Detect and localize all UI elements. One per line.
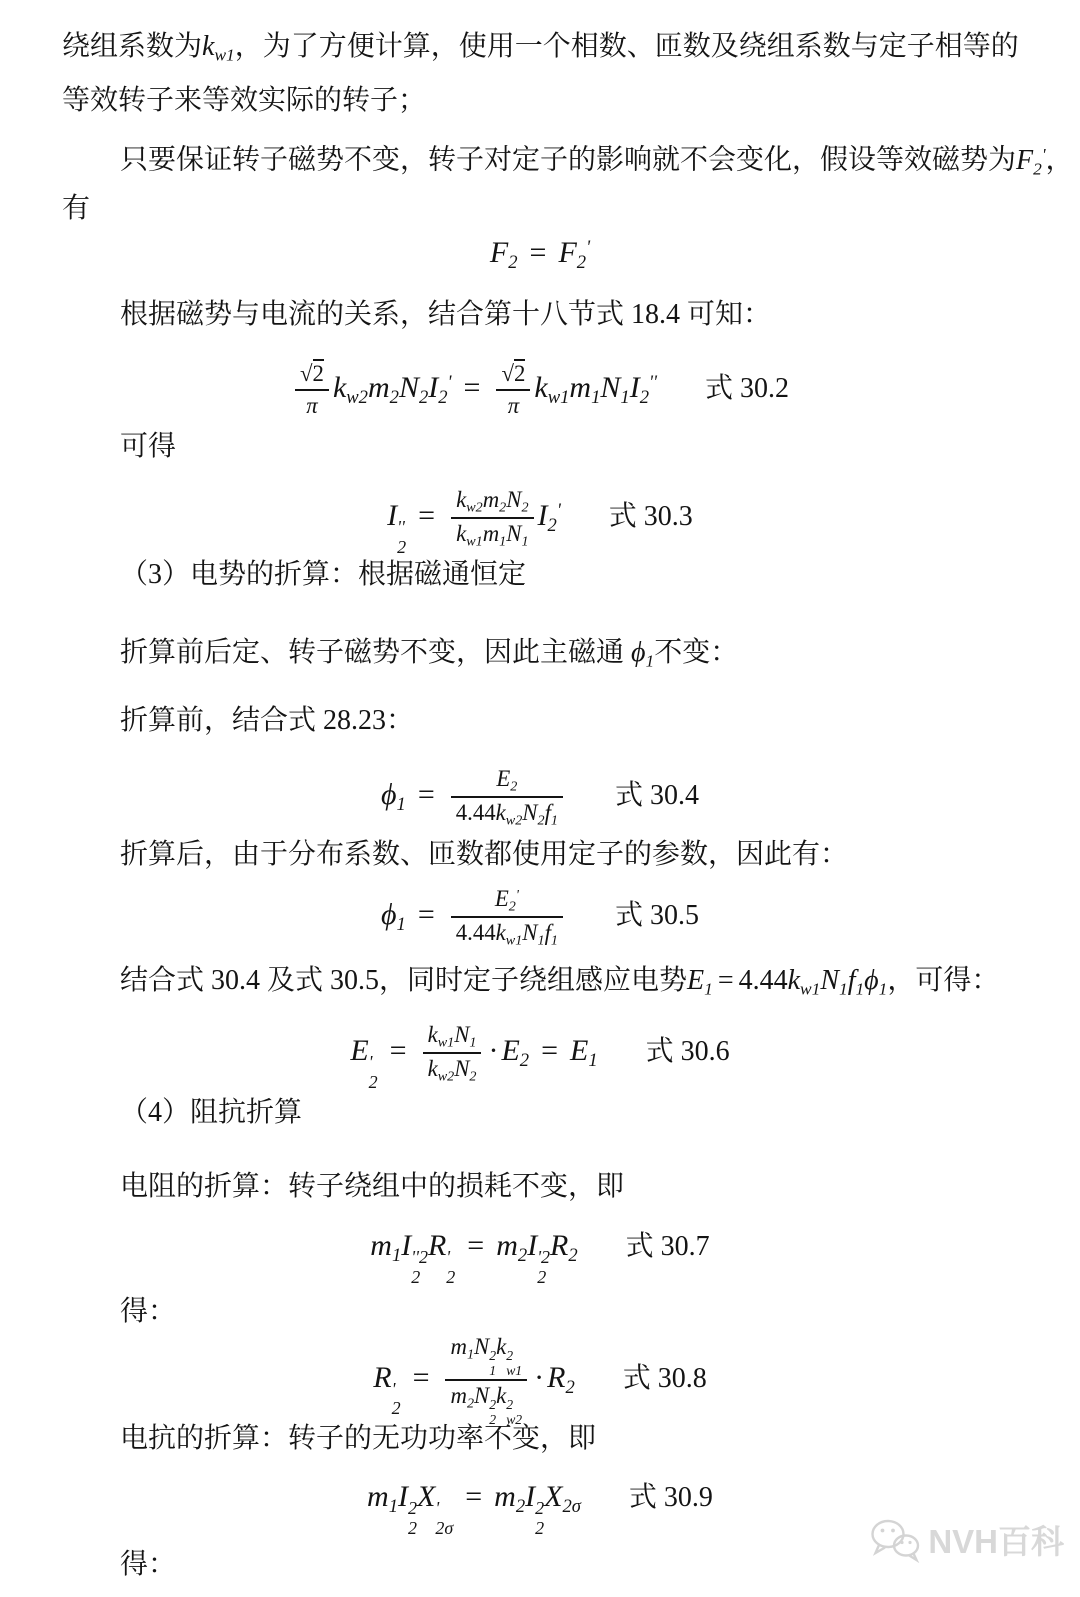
math-subscript: 1 xyxy=(591,387,600,408)
math-subsup: 2w1 xyxy=(506,1349,522,1379)
math-variable: F2 xyxy=(1016,145,1042,176)
math-operator: · xyxy=(534,1361,544,1394)
math-variable: m1 xyxy=(450,1334,474,1359)
math-subscript: 2 xyxy=(537,1268,546,1287)
math-variable: E2 xyxy=(501,1034,529,1067)
math-superscript: '' xyxy=(649,372,657,393)
math-operator: = xyxy=(418,898,435,931)
math-superscript: ' xyxy=(435,1499,439,1518)
math-denominator: 4.44kw2N2f1 xyxy=(451,798,563,831)
equation-30-6: E'2=kw1N1kw2N2·E2=E1式 30.6 xyxy=(0,1008,1080,1093)
math-superscript: ' xyxy=(446,1248,450,1267)
math-variable: m2 xyxy=(450,1383,474,1408)
math-symbol: R xyxy=(373,1361,391,1394)
math-number: 4.44 xyxy=(456,800,496,825)
equation-tag: 式 30.4 xyxy=(615,780,699,811)
paragraph-de-1: 得： xyxy=(120,1293,176,1331)
math-subscript: w1 xyxy=(214,46,234,65)
math-symbol: k xyxy=(788,965,800,996)
math-fraction: kw1N1kw2N2 xyxy=(423,1020,482,1087)
math-variable: m1 xyxy=(367,1480,398,1513)
math-superscript: ''2 xyxy=(411,1248,428,1267)
math-number: 4.44 xyxy=(739,965,788,996)
math-variable: I''2 xyxy=(387,499,406,532)
paragraph-resistance: 电阻的折算：转子绕组中的损耗不变，即 xyxy=(120,1168,624,1206)
equation-30-4: ϕ1=E24.44kw2N2f1式 30.4 xyxy=(0,752,1080,837)
equation-tag: 式 30.8 xyxy=(623,1363,707,1394)
math-operator: = xyxy=(418,499,435,532)
math-subscript: 1 xyxy=(551,813,558,829)
math-variable: N1 xyxy=(522,920,544,945)
math-subscript: 2 xyxy=(520,1050,529,1071)
math-variable: E1 xyxy=(687,965,713,996)
math-variable: f1 xyxy=(545,920,558,945)
paragraph-kede: 可得 xyxy=(120,428,176,466)
math-symbol: N xyxy=(522,800,537,825)
equation-tag: 式 30.9 xyxy=(629,1482,713,1513)
math-superscript: 2 xyxy=(535,1499,544,1518)
math-subscript: 1 xyxy=(588,1050,597,1071)
math-subsup: '2 xyxy=(369,1053,378,1092)
math-variable: m1 xyxy=(370,1229,401,1262)
math-subscript: 2 xyxy=(446,1268,455,1287)
math-subscript: 2 xyxy=(518,1245,527,1266)
math-superscript: 2 xyxy=(408,1499,417,1518)
math-symbol: X xyxy=(544,1480,562,1513)
math-variable: F2 xyxy=(558,236,586,269)
math-subscript: w1 xyxy=(466,534,482,550)
math-variable: ϕ1 xyxy=(864,965,887,996)
equation-f2: F2=F2' xyxy=(0,205,1080,290)
paragraph-flux-unchanged: 折算前后定、转子磁势不变，因此主磁通 ϕ1不变： xyxy=(120,634,738,681)
math-number: 4.44 xyxy=(456,920,496,945)
text-run: 绕组系数为 xyxy=(62,31,202,62)
math-symbol: N xyxy=(474,1383,489,1408)
math-symbol: F xyxy=(490,236,508,269)
math-variable: kw1 xyxy=(788,965,821,996)
math-variable: kw1 xyxy=(534,371,569,404)
math-subscript: 1 xyxy=(521,534,528,550)
text-run: 得： xyxy=(120,1549,176,1580)
text-run: 折算前后定、转子磁势不变，因此主磁通 xyxy=(120,637,631,668)
math-fraction: m1N21k2w1m2N22k2w2 xyxy=(445,1332,527,1427)
math-variable: m2 xyxy=(483,487,507,512)
math-symbol: k xyxy=(428,1022,438,1047)
document-page: 绕组系数为kw1，为了方便计算，使用一个相数、匝数及绕组系数与定子相等的 等效转… xyxy=(0,0,1080,1597)
text-run: （3）电势的折算：根据磁通恒定 xyxy=(120,559,526,590)
math-variable: N2 xyxy=(506,487,528,512)
math-fraction: √2π xyxy=(295,359,329,423)
math-symbol: I xyxy=(538,499,548,532)
math-variable: kw1 xyxy=(428,1022,455,1047)
math-variable: kw2 xyxy=(496,800,523,825)
math-variable: m2 xyxy=(368,371,399,404)
math-symbol: k xyxy=(428,1056,438,1081)
math-denominator: kw1m1N1 xyxy=(451,519,533,552)
paragraph-reactance: 电抗的折算：转子的无功功率不变，即 xyxy=(120,1420,596,1458)
math-subscript: 1 xyxy=(855,980,864,999)
math-symbol: R xyxy=(550,1229,568,1262)
math-subscript: 1 xyxy=(704,980,713,999)
text-run: 得： xyxy=(120,1296,176,1327)
math-variable: kw2 xyxy=(333,371,368,404)
math-variable: F2 xyxy=(490,236,518,269)
math-subscript: 1 xyxy=(489,1364,496,1379)
math-subscript: w1 xyxy=(506,933,522,949)
math-radical: √ xyxy=(501,361,514,386)
math-variable: I2 xyxy=(630,371,649,404)
math-numerator: kw1N1 xyxy=(423,1020,482,1055)
math-symbol: k xyxy=(456,487,466,512)
math-superscript: ' xyxy=(586,237,590,258)
math-symbol: k xyxy=(456,521,466,546)
math-operator: = xyxy=(541,1034,558,1067)
text-run: 不变： xyxy=(654,637,738,668)
math-variable: k2w1 xyxy=(496,1334,522,1359)
math-operator: · xyxy=(488,1034,498,1067)
wechat-icon xyxy=(868,1517,922,1563)
math-subscript: 2 xyxy=(565,1377,574,1398)
math-variable: kw2 xyxy=(456,487,483,512)
text-run: 根据磁势与电流的关系，结合第十八节式 18.4 可知： xyxy=(120,299,771,330)
math-subsup: '2 xyxy=(446,1248,455,1287)
math-symbol: k xyxy=(534,371,547,404)
math-subscript: w2 xyxy=(466,499,482,515)
math-symbol: I xyxy=(387,499,397,532)
math-symbol: π xyxy=(508,393,519,418)
math-variable: N2 xyxy=(454,1056,476,1081)
math-subscript: 2 xyxy=(535,1519,544,1538)
math-denominator: 4.44kw1N1f1 xyxy=(451,918,563,951)
math-symbol: I xyxy=(527,1229,537,1262)
math-variable: R2 xyxy=(547,1361,575,1394)
equation-30-2: √2πkw2m2N2I2'=√2πkw1m1N1I2''式 30.2 xyxy=(0,340,1080,425)
math-symbol: E xyxy=(350,1034,368,1067)
math-subscript: 2 xyxy=(392,1399,401,1418)
math-symbol: N xyxy=(399,371,419,404)
math-subscript: 2σ xyxy=(562,1496,580,1517)
math-variable: I22 xyxy=(525,1480,544,1513)
math-symbol: π xyxy=(306,393,317,418)
math-operator: = xyxy=(464,371,481,404)
math-variable: m1 xyxy=(483,521,507,546)
equation-30-8: R'2=m1N21k2w1m2N22k2w2·R2式 30.8 xyxy=(0,1332,1080,1417)
math-fraction: E2'4.44kw1N1f1 xyxy=(451,884,563,951)
math-subscript: w1 xyxy=(548,387,570,408)
math-subscript: w2 xyxy=(506,813,522,829)
math-symbol: N xyxy=(820,965,839,996)
math-operator: = xyxy=(467,1229,484,1262)
math-symbol: E xyxy=(687,965,704,996)
math-superscript: ' xyxy=(392,1380,396,1399)
math-subscript: 2 xyxy=(419,387,428,408)
math-symbol: E xyxy=(495,886,509,911)
math-subscript: 2 xyxy=(469,1069,476,1085)
math-symbol: ϕ xyxy=(631,637,646,668)
math-variable: R'2 xyxy=(373,1361,400,1394)
equation-tag: 式 30.2 xyxy=(705,373,789,404)
math-denominator: kw2N2 xyxy=(423,1054,482,1087)
math-symbol: E xyxy=(570,1034,588,1067)
math-sqrt: √2 xyxy=(300,359,324,390)
math-variable: π xyxy=(508,393,519,418)
math-symbol: N xyxy=(506,487,521,512)
math-subscript: 2 xyxy=(369,1073,378,1092)
math-symbol: I xyxy=(428,371,438,404)
math-symbol: m xyxy=(367,1480,389,1513)
math-radical: √ xyxy=(300,361,313,386)
math-subscript: w1 xyxy=(800,980,820,999)
math-symbol: k xyxy=(496,1334,506,1359)
math-subscript: 2σ xyxy=(435,1519,453,1538)
paragraph-mmf-current: 根据磁势与电流的关系，结合第十八节式 18.4 可知： xyxy=(120,296,771,334)
math-subscript: 1 xyxy=(646,652,655,671)
math-variable: N22 xyxy=(474,1383,496,1408)
math-symbol: R xyxy=(547,1361,565,1394)
math-symbol: N xyxy=(454,1056,469,1081)
text-run: ， xyxy=(1046,145,1074,176)
text-run: 结合式 30.4 及式 30.5，同时定子绕组感应电势 xyxy=(120,965,687,996)
paragraph-before-conversion: 折算前，结合式 28.23： xyxy=(120,702,414,740)
math-sqrt: √2 xyxy=(501,359,525,390)
math-variable: I2 xyxy=(538,499,557,532)
math-variable: m2 xyxy=(496,1229,527,1262)
math-variable: E'2 xyxy=(350,1034,377,1067)
text-run: 只要保证转子磁势不变，转子对定子的影响就不会变化，假设等效磁势为 xyxy=(120,145,1016,176)
math-fraction: kw2m2N2kw1m1N1 xyxy=(451,485,533,552)
math-variable: kw1 xyxy=(456,521,483,546)
math-operator: = xyxy=(390,1034,407,1067)
math-subscript: 2 xyxy=(548,515,557,536)
math-variable: π xyxy=(306,393,317,418)
math-operator: = xyxy=(418,778,435,811)
math-variable: f1 xyxy=(545,800,558,825)
paragraph-equivalent-rotor: 等效转子来等效实际的转子； xyxy=(62,82,426,120)
math-variable: k2w2 xyxy=(496,1383,522,1408)
math-subsup: '22 xyxy=(537,1248,550,1287)
math-variable: I22 xyxy=(398,1480,417,1513)
math-symbol: m xyxy=(496,1229,518,1262)
math-subsup: ''22 xyxy=(411,1248,428,1287)
math-denominator: π xyxy=(295,391,329,422)
math-subscript: w2 xyxy=(346,387,368,408)
math-numerator: E2' xyxy=(451,884,563,919)
math-variable: I''22 xyxy=(401,1229,428,1262)
paragraph-combine-304-305: 结合式 30.4 及式 30.5，同时定子绕组感应电势E1=4.44kw1N1f… xyxy=(120,962,999,1009)
math-variable: N1 xyxy=(506,521,528,546)
math-symbol: m xyxy=(368,371,390,404)
math-operator: = xyxy=(465,1480,482,1513)
math-symbol: k xyxy=(202,31,214,62)
equation-30-3: I''2=kw2m2N2kw1m1N1I2'式 30.3 xyxy=(0,468,1080,553)
equation-30-7: m1I''22R'2=m2I'22R2式 30.7 xyxy=(0,1203,1080,1288)
math-numerator: √2 xyxy=(295,359,329,392)
math-variable: I2 xyxy=(428,371,447,404)
math-superscript: ' xyxy=(448,372,452,393)
math-symbol: ϕ xyxy=(381,898,397,931)
text-run: 电抗的折算：转子的无功功率不变，即 xyxy=(120,1423,596,1454)
math-subscript: 1 xyxy=(469,1034,476,1050)
math-symbol: m xyxy=(450,1334,466,1359)
math-symbol: R xyxy=(428,1229,446,1262)
math-variable: ϕ1 xyxy=(381,778,406,811)
math-variable: m2 xyxy=(494,1480,525,1513)
math-fraction: E24.44kw2N2f1 xyxy=(451,764,563,831)
math-symbol: E xyxy=(496,766,510,791)
math-symbol: m xyxy=(569,371,591,404)
watermark-label: NVH百科 xyxy=(928,1516,1064,1563)
math-subscript: 1 xyxy=(467,1347,474,1363)
math-variable: N1 xyxy=(820,965,847,996)
math-symbol: k xyxy=(496,920,506,945)
math-symbol: X xyxy=(417,1480,435,1513)
math-subscript: 1 xyxy=(551,933,558,949)
math-variable: E2 xyxy=(496,766,517,791)
math-fraction: √2π xyxy=(496,359,530,423)
paragraph-after-conversion: 折算后，由于分布系数、匝数都使用定子的参数，因此有： xyxy=(120,836,848,874)
text-run: 折算前，结合式 28.23： xyxy=(120,705,414,736)
math-denominator: π xyxy=(496,391,530,422)
math-symbol: I xyxy=(630,371,640,404)
math-symbol: I xyxy=(525,1480,535,1513)
math-subscript: 1 xyxy=(389,1496,398,1517)
math-symbol: N xyxy=(600,371,620,404)
math-variable: kw1 xyxy=(496,920,523,945)
math-symbol: F xyxy=(558,236,576,269)
math-variable: R2 xyxy=(550,1229,578,1262)
math-subscript: 2 xyxy=(509,898,516,914)
math-symbol: ϕ xyxy=(864,965,879,996)
math-subscript: 1 xyxy=(839,980,848,999)
equation-tag: 式 30.7 xyxy=(626,1231,710,1262)
equation-tag: 式 30.6 xyxy=(646,1036,730,1067)
math-subscript: 2 xyxy=(1033,159,1042,178)
math-subsup: '2σ xyxy=(435,1499,453,1538)
math-symbol: ϕ xyxy=(381,778,397,811)
math-subscript: 2 xyxy=(438,387,447,408)
math-subscript: 2 xyxy=(408,1519,417,1538)
heading-section-4: （4）阻抗折算 xyxy=(120,1094,302,1132)
heading-section-3: （3）电势的折算：根据磁通恒定 xyxy=(120,556,526,594)
math-variable: N1 xyxy=(454,1022,476,1047)
math-variable: R'2 xyxy=(428,1229,455,1262)
text-run: （4）阻抗折算 xyxy=(120,1097,302,1128)
math-superscript: '' xyxy=(397,518,405,537)
paragraph-de-2: 得： xyxy=(120,1546,176,1584)
equation-30-5: ϕ1=E2'4.44kw1N1f1式 30.5 xyxy=(0,872,1080,957)
text-run: 电阻的折算：转子绕组中的损耗不变，即 xyxy=(120,1171,624,1202)
math-symbol: m xyxy=(483,521,499,546)
math-subscript: 2 xyxy=(397,538,406,557)
math-subscript: 1 xyxy=(397,794,406,815)
math-subscript: 2 xyxy=(640,387,649,408)
math-symbol: m xyxy=(450,1383,466,1408)
math-subscript: w1 xyxy=(506,1364,522,1379)
math-radicand: 2 xyxy=(514,359,525,386)
math-symbol: N xyxy=(522,920,537,945)
math-subscript: 2 xyxy=(577,252,586,273)
math-subsup: '2 xyxy=(392,1380,401,1419)
math-symbol: m xyxy=(483,487,499,512)
math-subscript: w1 xyxy=(438,1034,454,1050)
math-variable: N2 xyxy=(522,800,544,825)
math-subscript: 2 xyxy=(467,1395,474,1411)
math-variable: N2 xyxy=(399,371,428,404)
math-variable: N21 xyxy=(474,1334,496,1359)
math-variable: N1 xyxy=(600,371,629,404)
text-run: ，为了方便计算，使用一个相数、匝数及绕组系数与定子相等的 xyxy=(235,31,1019,62)
math-variable: f1 xyxy=(848,965,864,996)
math-subscript: 2 xyxy=(516,1496,525,1517)
math-symbol: E xyxy=(501,1034,519,1067)
math-subscript: 2 xyxy=(521,499,528,515)
math-variable: m1 xyxy=(569,371,600,404)
math-numerator: kw2m2N2 xyxy=(451,485,533,520)
math-symbol: m xyxy=(494,1480,516,1513)
math-subscript: 2 xyxy=(538,813,545,829)
math-subscript: w2 xyxy=(438,1069,454,1085)
math-symbol: N xyxy=(506,521,521,546)
paragraph-mmf-unchanged: 只要保证转子磁势不变，转子对定子的影响就不会变化，假设等效磁势为F2'， xyxy=(120,136,1074,188)
math-variable: E2 xyxy=(495,886,516,911)
math-subscript: 2 xyxy=(390,387,399,408)
math-numerator: m1N21k2w1 xyxy=(445,1332,527,1381)
math-subscript: 2 xyxy=(568,1245,577,1266)
text-run: 等效转子来等效实际的转子； xyxy=(62,85,426,116)
text-run: 折算后，由于分布系数、匝数都使用定子的参数，因此有： xyxy=(120,839,848,870)
math-variable: kw1 xyxy=(202,31,235,62)
math-subscript: 1 xyxy=(392,1245,401,1266)
math-superscript: ' xyxy=(557,500,561,521)
text-run: ，可得： xyxy=(887,965,999,996)
math-symbol: N xyxy=(454,1022,469,1047)
math-subscript: 1 xyxy=(397,914,406,935)
text-run: 可得 xyxy=(120,431,176,462)
math-superscript: 2 xyxy=(506,1349,513,1364)
math-superscript: ' xyxy=(516,886,519,902)
math-symbol: I xyxy=(398,1480,408,1513)
math-symbol: N xyxy=(474,1334,489,1359)
math-variable: ϕ1 xyxy=(381,898,406,931)
math-superscript: '2 xyxy=(537,1248,550,1267)
math-superscript: ' xyxy=(369,1053,373,1072)
math-symbol: m xyxy=(370,1229,392,1262)
math-numerator: E2 xyxy=(451,764,563,799)
math-radicand: 2 xyxy=(313,359,324,386)
math-superscript: 2 xyxy=(506,1398,513,1413)
watermark: NVH百科 xyxy=(868,1516,1064,1563)
math-numerator: √2 xyxy=(496,359,530,392)
math-variable: E1 xyxy=(570,1034,598,1067)
math-subsup: 22 xyxy=(408,1499,417,1538)
math-subscript: 2 xyxy=(508,252,517,273)
math-symbol: I xyxy=(401,1229,411,1262)
math-symbol: k xyxy=(496,800,506,825)
math-operator: = xyxy=(413,1361,430,1394)
math-subscript: 2 xyxy=(510,778,517,794)
math-variable: X'2σ xyxy=(417,1480,453,1513)
math-variable: kw2 xyxy=(428,1056,455,1081)
math-variable: X2σ xyxy=(544,1480,581,1513)
math-subscript: 1 xyxy=(538,933,545,949)
math-symbol: k xyxy=(496,1383,506,1408)
math-subsup: ''2 xyxy=(397,518,406,557)
math-operator: = xyxy=(530,236,547,269)
math-variable: I'22 xyxy=(527,1229,550,1262)
math-symbol: F xyxy=(1016,145,1033,176)
math-variable: ϕ1 xyxy=(631,637,654,668)
math-subscript: 2 xyxy=(411,1268,420,1287)
